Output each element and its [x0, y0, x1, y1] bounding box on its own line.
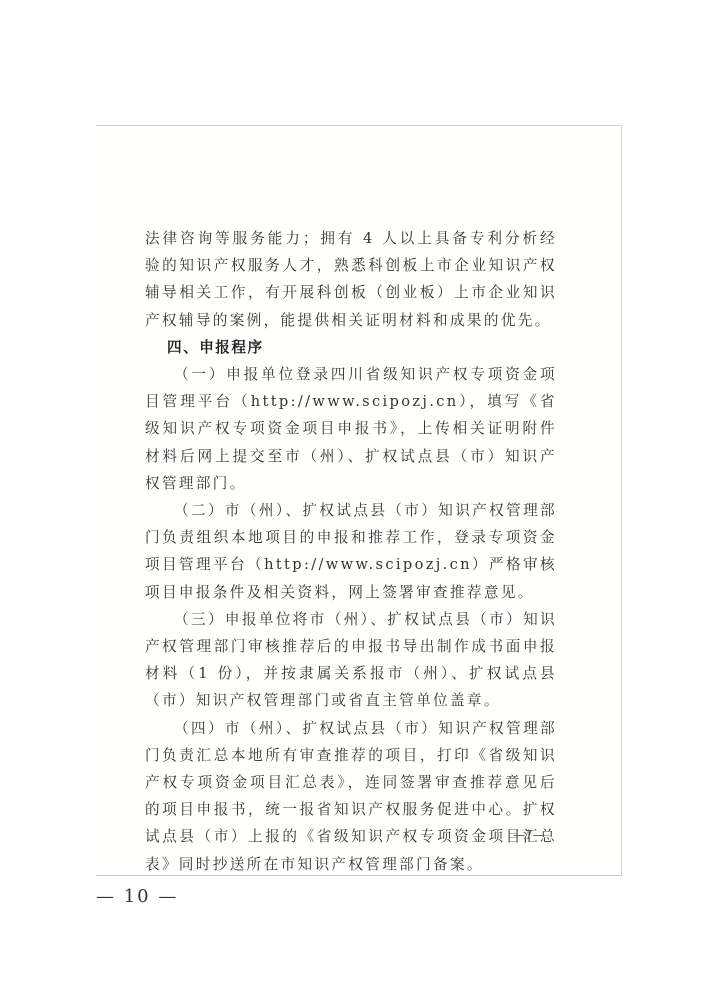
inner-page-number: —7— [513, 828, 545, 842]
paragraph-continuation: 法律咨询等服务能力；拥有 4 人以上具备专利分析经验的知识产权服务人才，熟悉科创… [145, 225, 557, 334]
paragraph-step-3: （三）申报单位将市（州）、扩权试点县（市）知识产权管理部门审核推荐后的申报书导出… [145, 606, 557, 715]
outer-page-number: — 10 — [96, 886, 178, 907]
paragraph-step-2: （二）市（州）、扩权试点县（市）知识产权管理部门负责组织本地项目的申报和推荐工作… [145, 497, 557, 606]
document-body: 法律咨询等服务能力；拥有 4 人以上具备专利分析经验的知识产权服务人才，熟悉科创… [145, 225, 557, 878]
paragraph-step-1: （一）申报单位登录四川省级知识产权专项资金项目管理平台（http://www.s… [145, 361, 557, 497]
section-heading: 四、申报程序 [145, 334, 557, 361]
paragraph-step-4: （四）市（州）、扩权试点县（市）知识产权管理部门负责汇总本地所有审查推荐的项目，… [145, 715, 557, 878]
